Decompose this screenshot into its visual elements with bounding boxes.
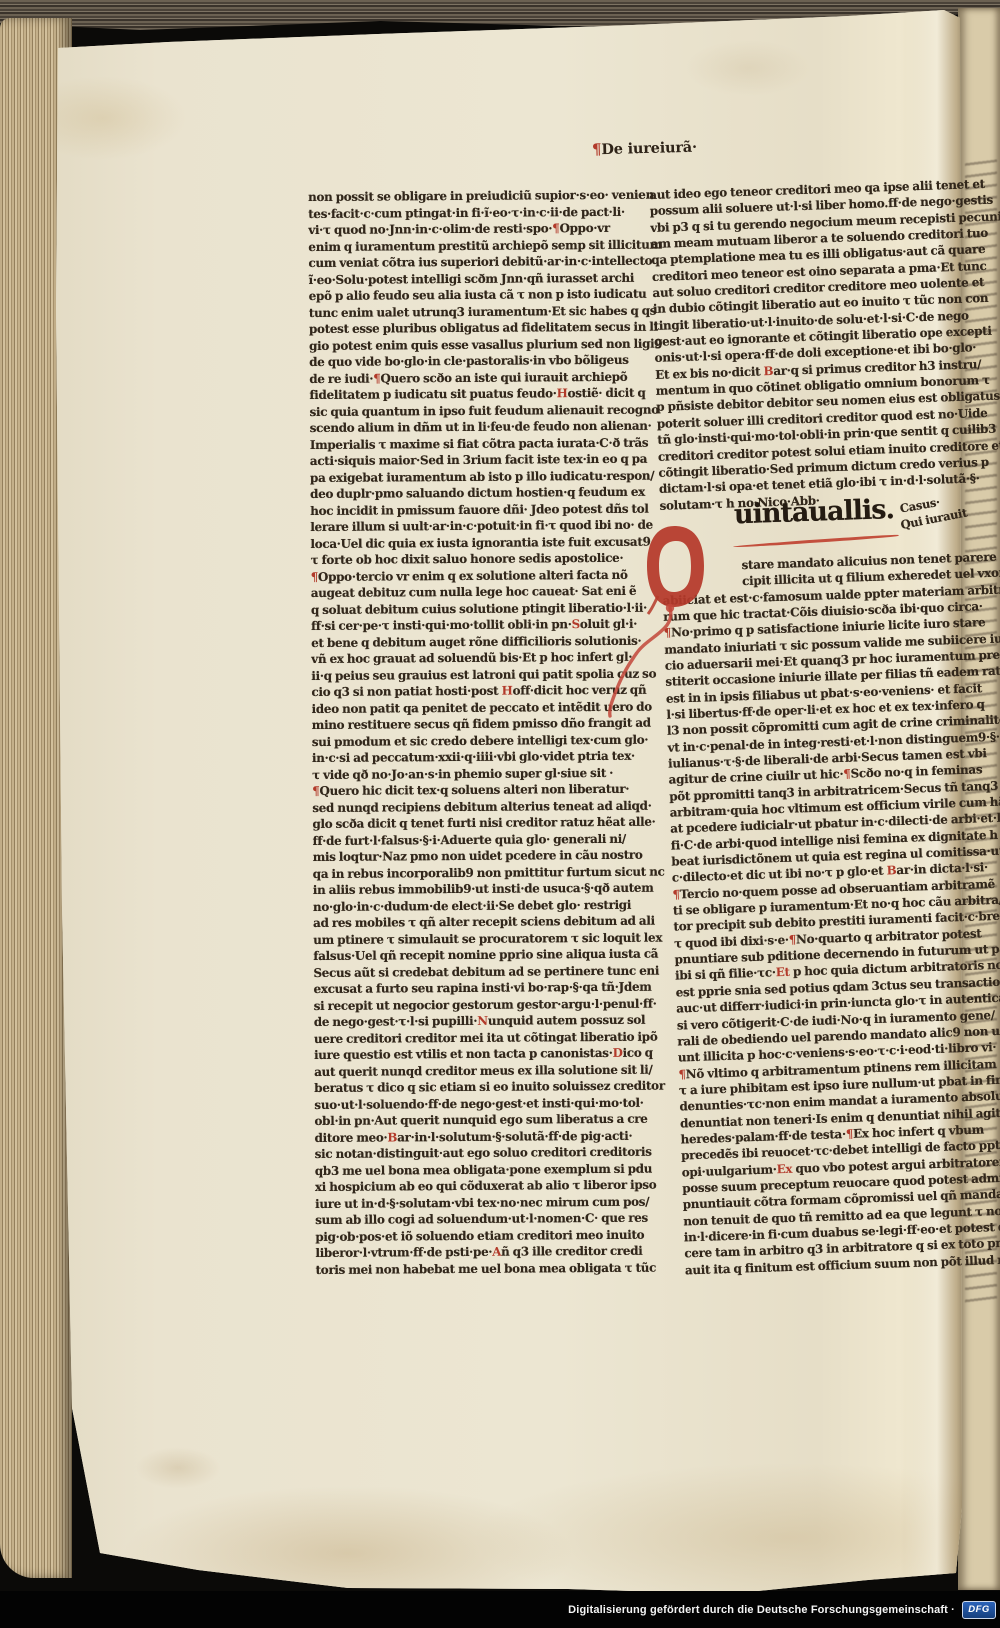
text-line: falsus·Uel qñ recepit nomine pprio sine … [313, 946, 649, 965]
text-line: epõ p alio feudo seu alia iusta cã τ non… [309, 286, 645, 305]
text-line: iure questio est vtilis et non tacta p c… [314, 1045, 650, 1064]
text-line: sum ab illo cogi ad soluendum·ut·l·nomen… [315, 1210, 651, 1229]
running-title: ¶De iureiurã· [592, 138, 697, 159]
text-line: obl·in pn·Aut querit nunquid ego sum lib… [314, 1111, 650, 1130]
right-column-top: aut ideo ego teneor creditori meo qa ips… [649, 176, 996, 514]
text-line: vi·τ quod no·Jnn·in·c·olim·de resti·spo·… [308, 220, 644, 239]
text-line: glo scða dicit q tenet furti nisi credit… [312, 814, 648, 833]
text-line: ¶Quero hic dicit tex·q soluens alteri no… [312, 781, 648, 800]
dfg-logo: DFG [962, 1601, 996, 1619]
credit-text: Digitalisierung gefördert durch die Deut… [568, 1604, 955, 1616]
rubrication-flourish-icon [596, 596, 696, 736]
text-line: de nego·gest·τ·l·si pupilli·Nunquid aute… [314, 1012, 650, 1031]
digitized-book-scan: ¶De iureiurã· non possit se obligare in … [0, 0, 1000, 1628]
text-line: cum veniat cõtra ius superiori debitũ·ar… [308, 253, 644, 272]
text-line: ad res mobiles τ qñ alter recepit sciens… [313, 913, 649, 932]
text-line: sic notan·distinguit·aut ego soluo credi… [315, 1144, 651, 1163]
text-line: potest esse pluribus obligatus ad fideli… [309, 319, 645, 338]
right-text-column: aut ideo ego teneor creditori meo qa ips… [649, 176, 1000, 1279]
text-line: beratus τ dico q sic etiam si eo inuito … [314, 1078, 650, 1097]
text-line: lerare illum si uult·ar·in·c·potuit·in f… [310, 517, 646, 536]
text-line: mis loqtur·Naz pmo non uidet pcedere in … [313, 847, 649, 866]
text-line: xi hospicium ab eo qui cõduxerat ab alio… [315, 1177, 651, 1196]
text-line: fidelitatem p iudicatu sit puatus feudo·… [309, 385, 645, 404]
text-line: scendo alium in dñm ut in li·feu·de feud… [310, 418, 646, 437]
text-line: excusat a furto seu rapina insti·vi bo·r… [314, 979, 650, 998]
red-underline [733, 534, 899, 548]
text-line: de quo vide bo·glo·in cle·pastoralis·in … [309, 352, 645, 371]
text-line: deo duplr·pmo saluando dictum hostien·q … [310, 484, 646, 503]
digitization-credit-bar: Digitalisierung gefördert durch die Deut… [0, 1591, 1000, 1628]
section-incipit-word: uintauallis. [734, 502, 894, 524]
text-line: liberor·l·vtrum·ff·de psti·pe·Añ q3 ille… [315, 1243, 651, 1262]
text-line: non possit se obligare in preiudiciũ sup… [308, 187, 644, 206]
text-line: τ forte ob hoc dixit saluo honore sedis … [311, 550, 647, 569]
text-line: in·c·si ad peccatum·xxii·q·iiii·vbi glo·… [312, 748, 648, 767]
text-line: acti·siquis maior·Sed in 3rium facit ist… [310, 451, 646, 470]
right-column-bottom: abiiciat et est·c·famosum ualde ppter ma… [662, 581, 1000, 1278]
text-line: in aliis rebus immobilib9·ut insti·de us… [313, 880, 649, 899]
text-line: toris mei non habebat me uel bona mea ob… [315, 1259, 651, 1278]
